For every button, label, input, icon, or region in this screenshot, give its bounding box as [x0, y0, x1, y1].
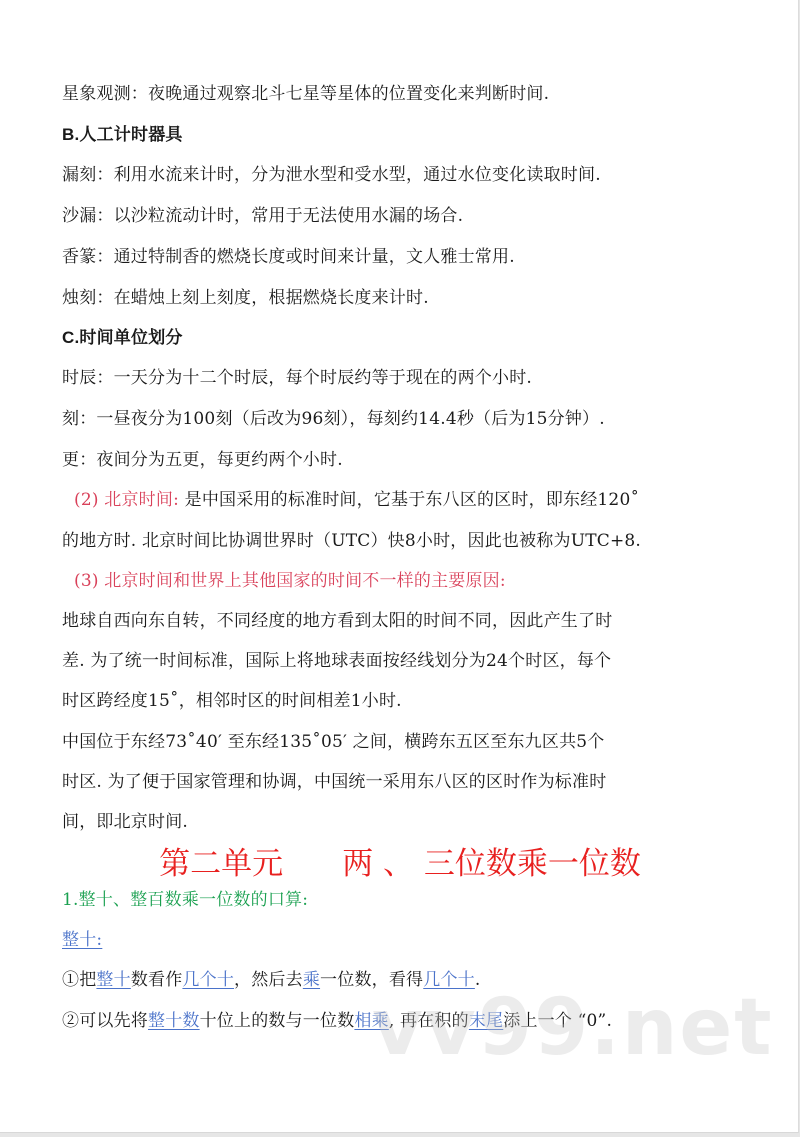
link-jigeshi[interactable]: 几个十 — [182, 970, 234, 990]
text-line: 更：夜间分为五更，每更约两个小时. — [62, 449, 343, 471]
text-line: 烛刻：在蜡烛上刻上刻度，根据燃烧长度来计时. — [62, 287, 429, 309]
text-line: 香篆：通过特制香的燃烧长度或时间来计量，文人雅士常用. — [62, 246, 515, 268]
link-zhengshi-term[interactable]: 整十 — [96, 970, 130, 990]
link-cheng[interactable]: 乘 — [303, 970, 320, 990]
text-line: 沙漏：以沙粒流动计时，常用于无法使用水漏的场合. — [62, 205, 463, 227]
text-line: 星象观测：夜晚通过观察北斗七星等星体的位置变化来判断时间. — [62, 83, 549, 105]
link-xiangcheng[interactable]: 相乘 — [354, 1011, 388, 1031]
text-fragment: 十位上的数与一位数 — [200, 1011, 355, 1031]
text-fragment: , 再在积的 — [389, 1011, 469, 1031]
paragraph-3-heading: (3) 北京时间和世界上其他国家的时间不一样的主要原因: — [74, 570, 506, 592]
rule-item-1: ①把整十数看作几个十，然后去乘一位数，看得几个十. — [62, 969, 480, 991]
text-line: 差. 为了统一时间标准，国际上将地球表面按经线划分为24个时区，每个 — [62, 650, 611, 672]
text-line: 时区跨经度15˚，相邻时区的时间相差1小时. — [62, 690, 402, 712]
text-fragment: 一位数，看得 — [320, 970, 423, 990]
paragraph-2-line: (2) 北京时间: 是中国采用的标准时间，它基于东八区的区时，即东经120˚ — [74, 489, 639, 511]
text-fragment: . — [475, 970, 481, 990]
link-zhengshishu[interactable]: 整十数 — [148, 1011, 200, 1031]
unit-title: 第二单元 两 、 三位数乘一位数 — [0, 845, 800, 883]
text-line: 漏刻：利用水流来计时，分为泄水型和受水型，通过水位变化读取时间. — [62, 164, 601, 186]
text-fragment: ①把 — [62, 970, 96, 990]
link-jigeshi-2[interactable]: 几个十 — [423, 970, 475, 990]
beijing-time-label: (2) 北京时间: — [74, 490, 179, 510]
document-page: 星象观测：夜晚通过观察北斗七星等星体的位置变化来判断时间. B.人工计时器具 漏… — [0, 0, 799, 1133]
section-1-title: 1.整十、整百数乘一位数的口算: — [62, 889, 308, 911]
text-line: 中国位于东经73˚40′ 至东经135˚05′ 之间，横跨东五区至东九区共5个 — [62, 731, 605, 753]
text-line: 间，即北京时间. — [62, 811, 188, 833]
text-line: 的地方时. 北京时间比协调世界时（UTC）快8小时，因此也被称为UTC+8. — [62, 530, 641, 552]
text-line: 时区. 为了便于国家管理和协调，中国统一采用东八区的区时作为标准时 — [62, 771, 606, 793]
text-fragment: ，然后去 — [234, 970, 303, 990]
subheading-c: C.时间单位划分 — [62, 327, 183, 349]
text-line: 刻：一昼夜分为100刻（后改为96刻），每刻约14.4秒（后为15分钟）. — [62, 408, 605, 430]
text-fragment: 添上一个 “0”. — [503, 1011, 612, 1031]
subheading-b: B.人工计时器具 — [62, 124, 183, 146]
beijing-time-text: 是中国采用的标准时间，它基于东八区的区时，即东经120˚ — [179, 490, 639, 510]
text-line: 时辰：一天分为十二个时辰，每个时辰约等于现在的两个小时. — [62, 367, 532, 389]
text-line: 地球自西向东自转，不同经度的地方看到太阳的时间不同，因此产生了时 — [62, 610, 612, 632]
link-zhengshi[interactable]: 整十: — [62, 929, 102, 951]
text-fragment: 数看作 — [131, 970, 183, 990]
text-fragment: ②可以先将 — [62, 1011, 148, 1031]
rule-item-2: ②可以先将整十数十位上的数与一位数相乘, 再在积的末尾添上一个 “0”. — [62, 1010, 612, 1032]
link-moweii[interactable]: 末尾 — [469, 1011, 503, 1031]
